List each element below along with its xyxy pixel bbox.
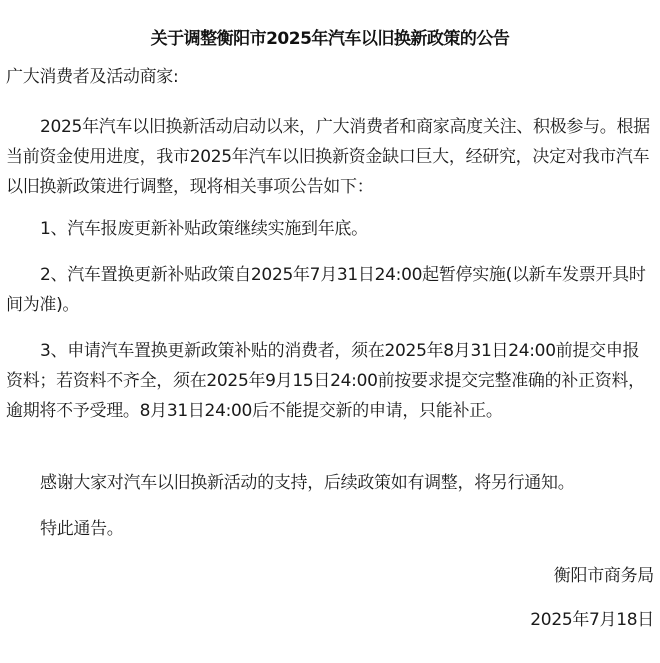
- salutation: 广大消费者及活动商家:: [6, 62, 654, 92]
- paragraph-item-3: 3、申请汽车置换更新政策补贴的消费者，须在2025年8月31日24:00前提交申…: [6, 336, 654, 426]
- paragraph-thanks: 感谢大家对汽车以旧换新活动的支持，后续政策如有调整，将另行通知。: [6, 468, 654, 498]
- paragraph-closing: 特此通告。: [6, 514, 654, 544]
- issuer: 衡阳市商务局: [0, 561, 654, 591]
- paragraph-intro: 2025年汽车以旧换新活动启动以来，广大消费者和商家高度关注、积极参与。根据当前…: [6, 112, 654, 202]
- paragraph-item-1: 1、汽车报废更新补贴政策继续实施到年底。: [6, 214, 654, 244]
- document-title: 关于调整衡阳市2025年汽车以旧换新政策的公告: [0, 24, 660, 49]
- paragraph-item-2: 2、汽车置换更新补贴政策自2025年7月31日24:00起暂停实施(以新车发票开…: [6, 260, 654, 320]
- issue-date: 2025年7月18日: [0, 605, 654, 635]
